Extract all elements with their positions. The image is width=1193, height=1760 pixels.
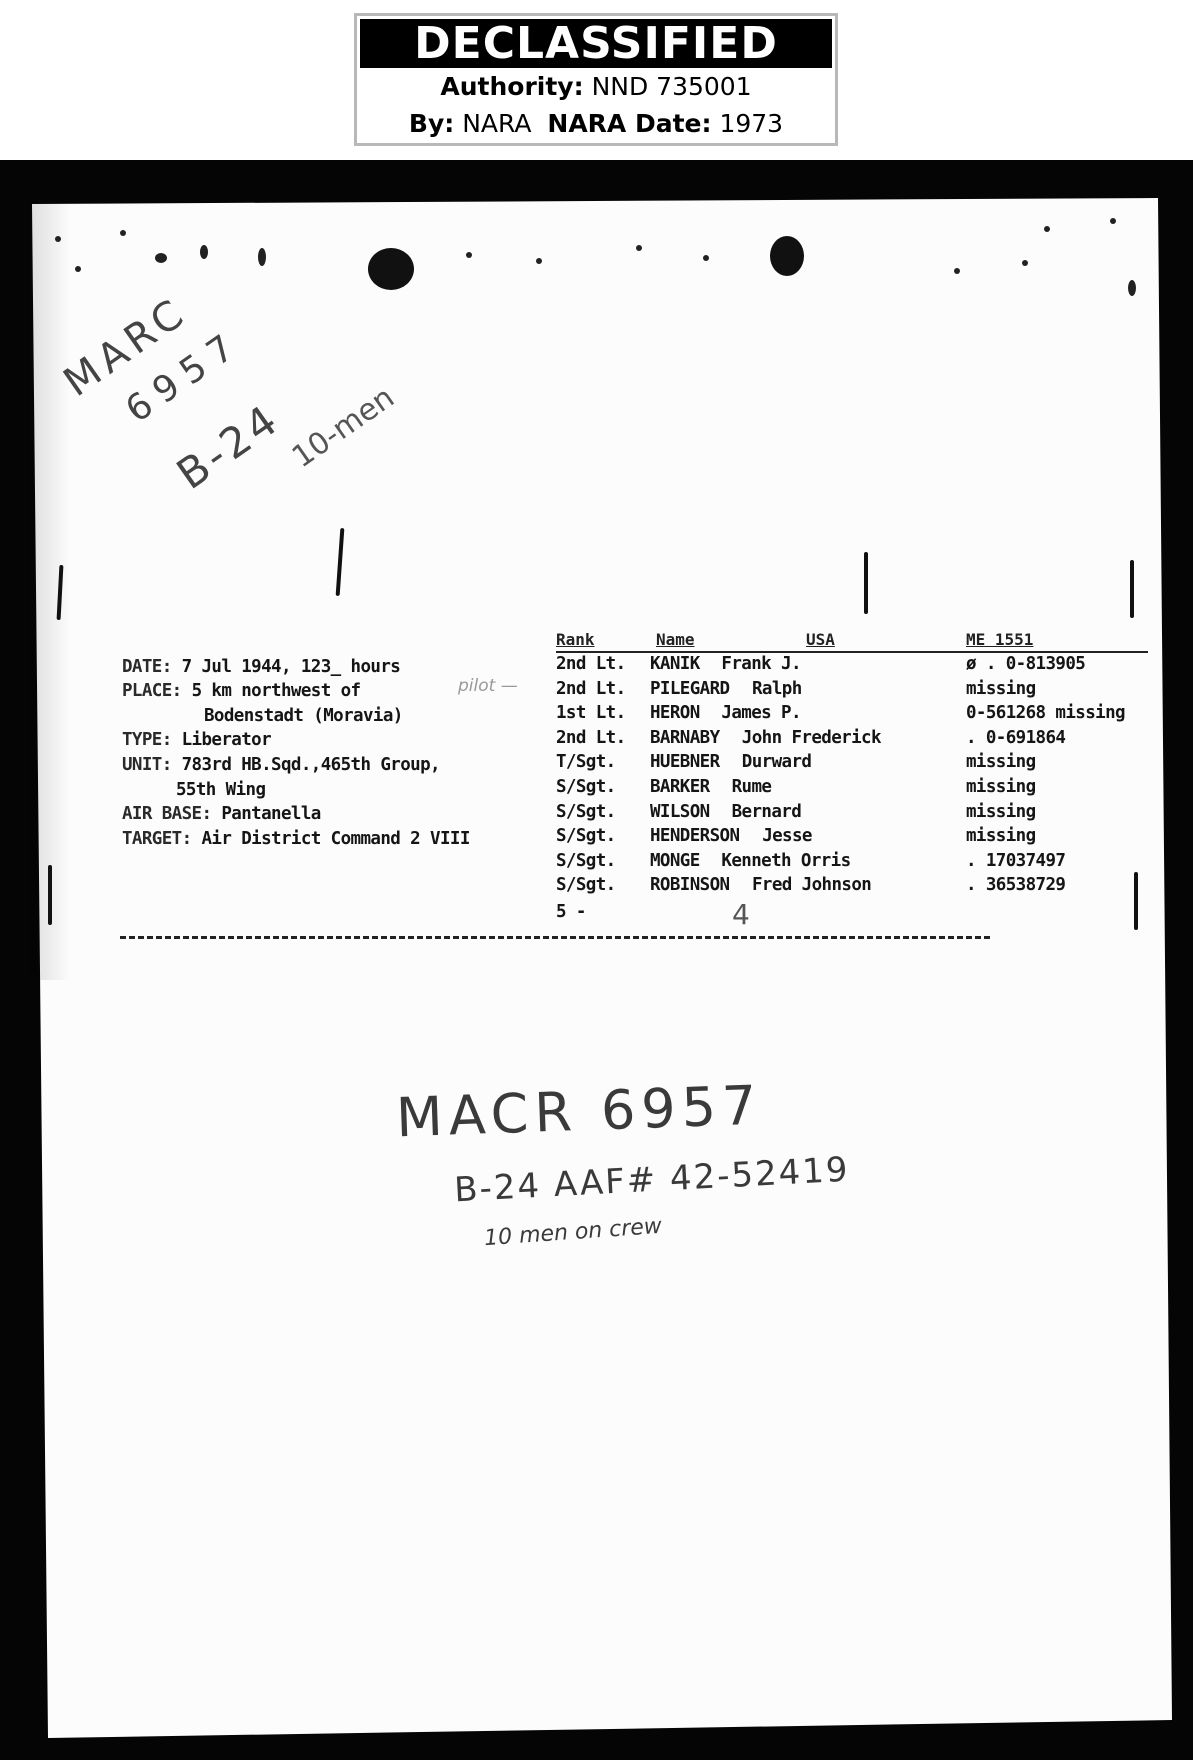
crew-row: 1st Lt.HERONJames P.0-561268 missing [556,703,1176,728]
stamp-by-date: By: NARA NARA Date: 1973 [357,109,835,139]
crew-given-name: Jesse [762,826,812,846]
crew-status: missing [966,826,1036,846]
crew-given-name: Ralph [752,679,802,699]
crew-rank: 2nd Lt. [556,679,626,699]
type-label: TYPE: [122,730,172,750]
speck [1128,280,1136,296]
crew-rank: S/Sgt. [556,802,616,822]
speck [466,252,472,258]
crew-row: 2nd Lt.PILEGARDRalphmissing [556,679,1176,704]
type-line: TYPE: Liberator [122,728,470,753]
crew-row: T/Sgt.HUEBNERDurwardmissing [556,752,1176,777]
airbase-label: AIR BASE: [122,804,211,824]
crew-status: . 0-691864 [966,728,1065,748]
crew-given-name: Durward [742,752,812,772]
crew-surname: HENDERSON [650,826,739,846]
unit-line: UNIT: 783rd HB.Sqd.,465th Group, [122,753,470,778]
speck [1110,218,1116,224]
crew-rank: 2nd Lt. [556,654,626,674]
crew-status: 0-561268 missing [966,703,1125,723]
declassified-stamp: DECLASSIFIED Authority: NND 735001 By: N… [354,13,838,146]
target-label: TARGET: [122,829,192,849]
speck [1022,260,1028,266]
unit-value-2: 55th Wing [176,780,265,800]
date-label: DATE: [122,657,172,677]
crew-surname: MONGE [650,851,700,871]
unit-line-2: 55th Wing [122,778,470,803]
authority-label: Authority: [440,72,583,101]
speck [155,253,167,263]
crew-row: S/Sgt.BARKERRumemissing [556,777,1176,802]
target-value: Air District Command 2 VIII [202,829,470,849]
crew-surname: HERON [650,703,700,723]
crew-given-name: Bernard [732,802,802,822]
crew-status: . 36538729 [966,875,1065,895]
crew-rank: S/Sgt. [556,826,616,846]
report-details: DATE: 7 Jul 1944, 123_ hoursPLACE: 5 km … [122,630,470,876]
pilot-annotation: pilot — [458,676,518,696]
header-name: Name [656,630,695,649]
authority-value: NND 735001 [592,72,752,101]
by-value: NARA [462,109,531,138]
paper-fold-shadow [30,200,70,980]
crew-given-name: Rume [732,777,772,797]
stamp-title: DECLASSIFIED [360,19,832,68]
speck [200,245,208,259]
speck [258,248,266,266]
speck [636,245,642,251]
date-line: DATE: 7 Jul 1944, 123_ hours [122,655,470,680]
footer-count: 5 - [556,902,586,922]
speck [1044,226,1050,232]
unit-value: 783rd HB.Sqd.,465th Group, [182,755,440,775]
crew-row: 2nd Lt.KANIKFrank J.ø . 0-813905 [556,654,1176,679]
crew-given-name: James P. [721,703,801,723]
crew-surname: HUEBNER [650,752,720,772]
handwritten-macr: MACR 6957 [395,1074,763,1150]
place-value-2: Bodenstadt (Moravia) [204,706,403,726]
crew-rank: S/Sgt. [556,875,616,895]
fold-mark [48,865,52,925]
crew-status: missing [966,777,1036,797]
crew-surname: PILEGARD [650,679,730,699]
header-underline [556,651,1148,653]
header-rank: Rank [556,630,595,649]
speck [536,258,542,264]
nara-date-value: 1973 [719,109,783,138]
crew-surname: BARNABY [650,728,720,748]
unit-label: UNIT: [122,755,172,775]
type-value: Liberator [182,730,271,750]
crew-surname: WILSON [650,802,710,822]
crew-given-name: Fred Johnson [752,875,871,895]
crew-surname: ROBINSON [650,875,730,895]
by-label: By: [409,109,454,138]
crew-status: ø . 0-813905 [966,654,1085,674]
airbase-value: Pantanella [221,804,320,824]
crew-row: S/Sgt.ROBINSONFred Johnson. 36538729 [556,875,1176,900]
crew-rank: 1st Lt. [556,703,626,723]
speck [703,255,709,261]
crew-status: . 17037497 [966,851,1065,871]
crew-row: 2nd Lt.BARNABYJohn Frederick. 0-691864 [556,728,1176,753]
speck [55,236,61,242]
crew-rank: S/Sgt. [556,851,616,871]
footer-handwritten-mark: 4 [732,898,749,931]
crew-status: missing [966,679,1036,699]
punch-hole-left [368,248,414,290]
airbase-line: AIR BASE: Pantanella [122,802,470,827]
place-line: PLACE: 5 km northwest of [122,679,470,704]
section-divider [120,936,990,939]
place-value: 5 km northwest of [192,681,361,701]
scanned-page: MARC 6957 B-24 10-men [0,160,1193,1760]
nara-date-label: NARA Date: [547,109,711,138]
place-label: PLACE: [122,681,182,701]
speck [120,230,126,236]
place-line-2: Bodenstadt (Moravia) [122,704,470,729]
header-usa: USA [806,630,835,649]
target-line: TARGET: Air District Command 2 VIII [122,827,470,852]
date-value: 7 Jul 1944, 123_ hours [182,657,401,677]
crew-surname: BARKER [650,777,710,797]
crew-row: S/Sgt.HENDERSONJessemissing [556,826,1176,851]
crew-given-name: Frank J. [721,654,801,674]
crew-row: S/Sgt.MONGEKenneth Orris. 17037497 [556,851,1176,876]
crew-footer: 5 - 4 [556,902,1176,927]
stamp-authority: Authority: NND 735001 [357,72,835,102]
speck [954,268,960,274]
crew-rank: T/Sgt. [556,752,616,772]
fold-mark [1130,560,1134,618]
crew-given-name: John Frederick [742,728,881,748]
crew-rank: S/Sgt. [556,777,616,797]
crew-rank: 2nd Lt. [556,728,626,748]
crew-given-name: Kenneth Orris [721,851,850,871]
punch-hole-right [770,236,804,276]
header-me: ME 1551 [966,630,1033,649]
crew-surname: KANIK [650,654,700,674]
crew-status: missing [966,752,1036,772]
crew-status: missing [966,802,1036,822]
fold-mark [864,552,868,614]
speck [75,266,81,272]
crew-row: S/Sgt.WILSONBernardmissing [556,802,1176,827]
